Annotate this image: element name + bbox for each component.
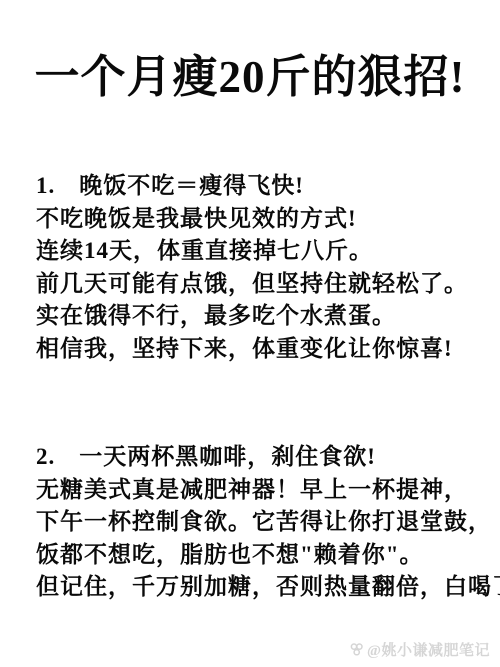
section-1-line: 前几天可能有点饿，但坚持住就轻松了。: [36, 268, 488, 301]
section-1-heading: 1. 晚饭不吃＝瘦得飞快!: [36, 170, 488, 203]
tip-section-1: 1. 晚饭不吃＝瘦得飞快! 不吃晚饭是我最快见效的方式! 连续14天，体重直接掉…: [0, 170, 500, 365]
note-page: 一个月瘦20斤的狠招! 1. 晚饭不吃＝瘦得飞快! 不吃晚饭是我最快见效的方式!…: [0, 0, 500, 667]
page-title: 一个月瘦20斤的狠招!: [0, 0, 500, 104]
tip-section-2: 2. 一天两杯黑咖啡，刹住食欲! 无糖美式真是减肥神器！早上一杯提神， 下午一杯…: [0, 441, 500, 604]
section-2-line: 饭都不想吃，脂肪也不想"赖着你"。: [36, 539, 488, 572]
section-2-heading: 2. 一天两杯黑咖啡，刹住食欲!: [36, 441, 488, 474]
clover-badge-icon: [349, 642, 364, 657]
section-1-line: 连续14天，体重直接掉七八斤。: [36, 235, 488, 268]
watermark-text: @姚小谦减肥笔记: [367, 639, 490, 660]
section-2-line: 但记住，千万别加糖，否则热量翻倍，白喝了!: [36, 571, 488, 604]
section-2-line: 无糖美式真是减肥神器！早上一杯提神，: [36, 474, 488, 507]
section-1-line: 相信我，坚持下来，体重变化让你惊喜!: [36, 333, 488, 366]
watermark: @姚小谦减肥笔记: [349, 639, 490, 660]
section-1-line: 不吃晚饭是我最快见效的方式!: [36, 203, 488, 236]
section-1-line: 实在饿得不行，最多吃个水煮蛋。: [36, 300, 488, 333]
section-2-line: 下午一杯控制食欲。它苦得让你打退堂鼓，: [36, 506, 488, 539]
